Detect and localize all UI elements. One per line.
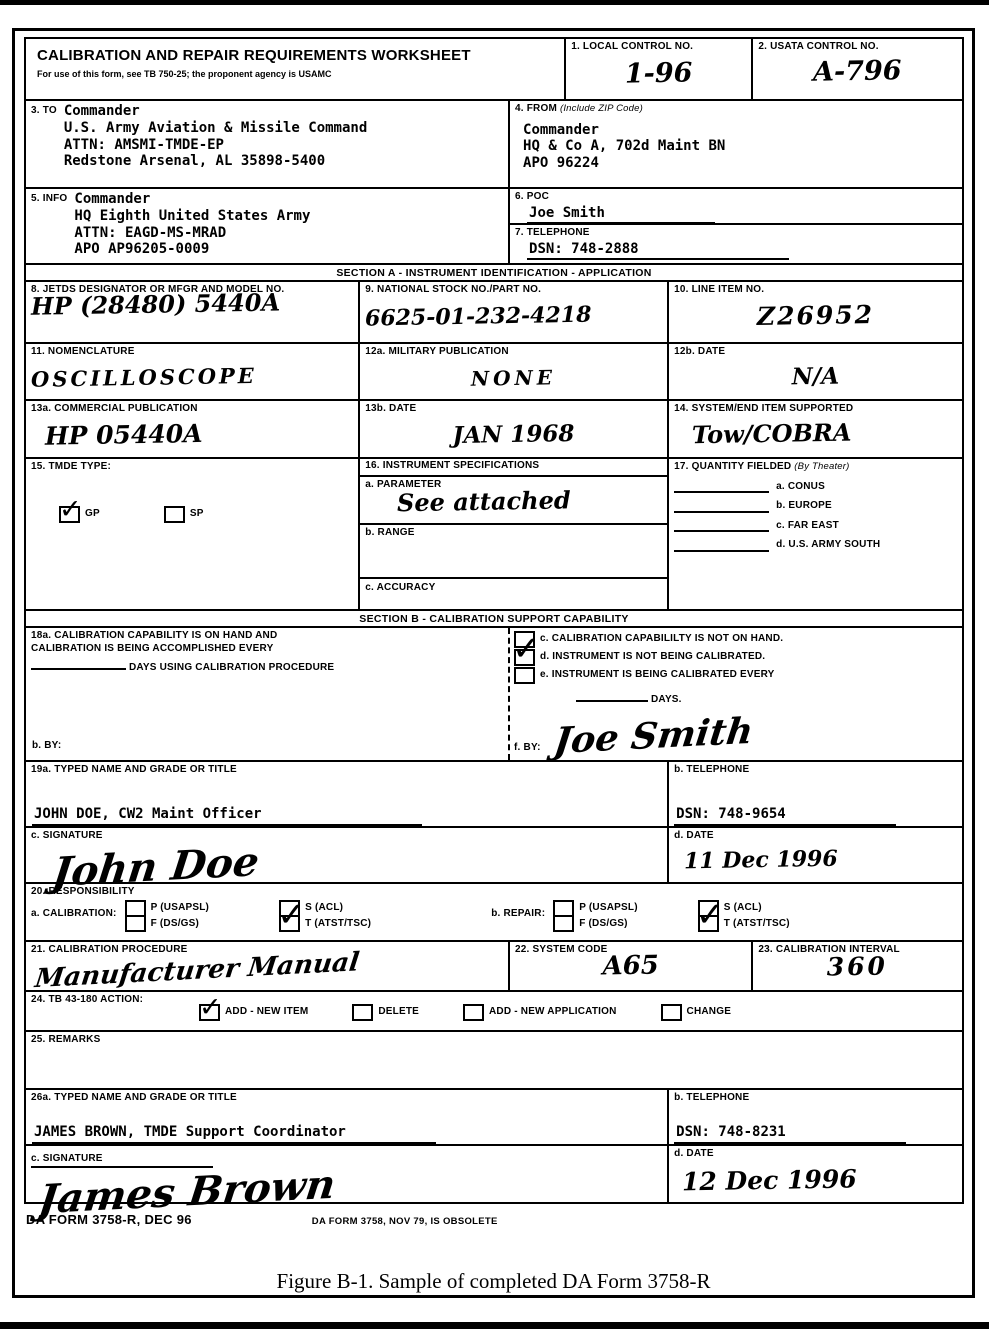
section-b-header: SECTION B - CALIBRATION SUPPORT CAPABILI… [26, 609, 962, 626]
block16c-label: c. ACCURACY [365, 582, 662, 595]
cal-t-label: T (ATST/TSC) [305, 918, 371, 931]
block26c-signature: c. SIGNATURE James Brown [26, 1146, 667, 1202]
add-new-application-checkbox [463, 1004, 484, 1021]
calibration-st-pair: S (ACL) T (ATST/TSC) [279, 900, 371, 932]
block18a-days-blank [31, 657, 126, 670]
quantity-conus-line: a. CONUS [674, 481, 957, 494]
block11-label: 11. NOMENCLATURE [31, 346, 353, 359]
block3-label: 3. TO [31, 105, 57, 118]
block14-system-supported: 14. SYSTEM/END ITEM SUPPORTED Tow/COBRA [667, 401, 962, 457]
block18d-checkbox [514, 649, 535, 666]
cal-p-label: P (USAPSL) [151, 902, 210, 915]
add-new-application-label: ADD - NEW APPLICATION [489, 1006, 617, 1019]
row-18: 18a. CALIBRATION CAPABILITY IS ON HAND A… [26, 626, 962, 760]
page-bottom-rule [0, 1322, 989, 1329]
row-26ab: 26a. TYPED NAME AND GRADE OR TITLE JAMES… [26, 1088, 962, 1144]
rep-s-label: S (ACL) [724, 902, 762, 915]
block6-7-stack: 6. POC Joe Smith 7. TELEPHONE DSN: 748-2… [508, 189, 962, 263]
da-form-3758r: CALIBRATION AND REPAIR REQUIREMENTS WORK… [24, 37, 964, 1204]
block1-local-control: 1. LOCAL CONTROL NO. 1-96 [564, 39, 751, 99]
block14-value: Tow/COBRA [692, 418, 957, 447]
obsolete-note: DA FORM 3758, NOV 79, IS OBSOLETE [312, 1216, 498, 1227]
delete-label: DELETE [378, 1006, 419, 1019]
block2-value: A-796 [758, 56, 957, 86]
block16-instrument-specs: 16. INSTRUMENT SPECIFICATIONS a. PARAMET… [358, 459, 667, 609]
block18a-line2: CALIBRATION IS BEING ACCOMPLISHED EVERY [31, 643, 503, 656]
block18f-by-label: f. BY: [514, 742, 541, 755]
block12b-value: N/A [674, 362, 957, 390]
block6-value: Joe Smith [527, 205, 715, 225]
block12a-label: 12a. MILITARY PUBLICATION [365, 346, 662, 359]
row-20: 20. RESPONSIBILITY a. CALIBRATION: P (US… [26, 882, 962, 940]
block19c-signature: c. SIGNATURE John Doe [26, 828, 667, 882]
block19a-typed-name: 19a. TYPED NAME AND GRADE OR TITLE JOHN … [26, 762, 667, 826]
row-13-14: 13a. COMMERCIAL PUBLICATION HP 05440A 13… [26, 399, 962, 457]
block26c-label: c. SIGNATURE [31, 1153, 213, 1168]
row-8-9-10: 8. JETDS DESIGNATOR OR MFGR AND MODEL NO… [26, 280, 962, 342]
europe-blank-line [674, 501, 769, 513]
cal-t-checkbox [279, 915, 300, 932]
block13a-value: HP 05440A [45, 418, 354, 448]
block4-label-note: (Include ZIP Code) [560, 103, 643, 114]
block18a-line3: DAYS USING CALIBRATION PROCEDURE [129, 662, 334, 673]
block8-value: HP (28480) 5440A [31, 289, 354, 319]
sp-checkbox-label: SP [190, 508, 204, 521]
block5-value: Commander HQ Eighth United States Army A… [74, 191, 310, 258]
repair-st-pair: S (ACL) T (ATST/TSC) [698, 900, 790, 932]
info-poc-row: 5. INFO Commander HQ Eighth United State… [26, 187, 962, 263]
block2-usata-control: 2. USATA CONTROL NO. A-796 [751, 39, 962, 99]
block26d-value: 12 Dec 1996 [682, 1164, 957, 1194]
rep-t-checkbox [698, 915, 719, 932]
to-from-row: 3. TO Commander U.S. Army Aviation & Mis… [26, 99, 962, 187]
block8-jetds: 8. JETDS DESIGNATOR OR MFGR AND MODEL NO… [26, 282, 358, 342]
cal-f-checkbox [125, 915, 146, 932]
block26d-label: d. DATE [674, 1148, 957, 1161]
block13b-date: 13b. DATE JAN 1968 [358, 401, 667, 457]
block10-line-item: 10. LINE ITEM NO. Z26952 [667, 282, 962, 342]
conus-label: a. CONUS [776, 481, 825, 494]
sp-checkbox [164, 506, 185, 523]
block19d-label: d. DATE [674, 830, 957, 843]
block20-responsibility: 20. RESPONSIBILITY a. CALIBRATION: P (US… [26, 884, 962, 940]
block25-label: 25. REMARKS [31, 1034, 957, 1047]
change-checkbox [661, 1004, 682, 1021]
block19b-telephone: b. TELEPHONE DSN: 748-9654 [667, 762, 962, 826]
europe-label: b. EUROPE [776, 500, 832, 513]
form-title-cell: CALIBRATION AND REPAIR REQUIREMENTS WORK… [26, 39, 564, 99]
block26b-label: b. TELEPHONE [674, 1092, 957, 1105]
repair-pf-pair: P (USAPSL) F (DS/GS) [553, 900, 638, 932]
block1-label: 1. LOCAL CONTROL NO. [571, 41, 746, 54]
block20b-repair-label: b. REPAIR: [491, 908, 545, 921]
page-top-rule [0, 0, 989, 5]
block14-label: 14. SYSTEM/END ITEM SUPPORTED [674, 403, 957, 416]
figure-caption: Figure B-1. Sample of completed DA Form … [15, 1269, 972, 1294]
block4-label: 4. FROM [515, 103, 557, 114]
block26a-value: JAMES BROWN, TMDE Support Coordinator [32, 1124, 436, 1144]
block19d-date: d. DATE 11 Dec 1996 [667, 828, 962, 882]
block10-value: Z26952 [674, 300, 957, 330]
block21-cal-procedure: 21. CALIBRATION PROCEDURE Manufacturer M… [26, 942, 508, 990]
gp-checkbox-label: GP [85, 508, 100, 521]
form-title: CALIBRATION AND REPAIR REQUIREMENTS WORK… [31, 41, 559, 66]
block26a-label: 26a. TYPED NAME AND GRADE OR TITLE [31, 1092, 662, 1105]
block13b-value: JAN 1968 [365, 420, 662, 448]
block23-cal-interval: 23. CALIBRATION INTERVAL 360 [751, 942, 962, 990]
block16b-range: b. RANGE [360, 525, 667, 579]
block18a-line1: 18a. CALIBRATION CAPABILITY IS ON HAND A… [31, 630, 503, 643]
block19a-label: 19a. TYPED NAME AND GRADE OR TITLE [31, 764, 662, 777]
block12b-label: 12b. DATE [674, 346, 957, 359]
delete-checkbox [352, 1004, 373, 1021]
block13a-comm-pub: 13a. COMMERCIAL PUBLICATION HP 05440A [26, 401, 358, 457]
figure-frame: CALIBRATION AND REPAIR REQUIREMENTS WORK… [12, 28, 975, 1298]
row-24: 24. TB 43-180 ACTION: ADD - NEW ITEM DEL… [26, 990, 962, 1030]
quantity-europe-line: b. EUROPE [674, 500, 957, 513]
block18e-days-label: DAYS. [651, 694, 682, 705]
block26a-typed-name: 26a. TYPED NAME AND GRADE OR TITLE JAMES… [26, 1090, 667, 1144]
block15-tmde-type: 15. TMDE TYPE: GP SP [26, 459, 358, 609]
block20a-calibration-label: a. CALIBRATION: [31, 908, 117, 921]
row-19cd: c. SIGNATURE John Doe d. DATE 11 Dec 199… [26, 826, 962, 882]
add-new-item-label: ADD - NEW ITEM [225, 1006, 308, 1019]
block5-label: 5. INFO [31, 193, 67, 206]
block18e-label: e. INSTRUMENT IS BEING CALIBRATED EVERY [540, 669, 775, 682]
block16c-accuracy: c. ACCURACY [360, 579, 667, 598]
fareast-label: c. FAR EAST [776, 520, 839, 533]
block18e-days-blank [576, 689, 648, 702]
rep-f-label: F (DS/GS) [579, 918, 627, 931]
block22-system-code: 22. SYSTEM CODE A65 [508, 942, 751, 990]
block9-value: 6625-01-232-4218 [365, 302, 662, 329]
block1-value: 1-96 [571, 58, 747, 88]
block25-remarks: 25. REMARKS [26, 1032, 962, 1088]
gp-checkbox [59, 506, 80, 523]
block7-telephone: 7. TELEPHONE DSN: 748-2888 [510, 225, 962, 262]
block9-nsn: 9. NATIONAL STOCK NO./PART NO. 6625-01-2… [358, 282, 667, 342]
block19b-label: b. TELEPHONE [674, 764, 957, 777]
fareast-blank-line [674, 520, 769, 532]
block26b-value: DSN: 748-8231 [674, 1124, 906, 1144]
cal-f-label: F (DS/GS) [151, 918, 199, 931]
block7-value: DSN: 748-2888 [527, 241, 789, 261]
block16-label: 16. INSTRUMENT SPECIFICATIONS [360, 459, 667, 477]
block18f-signature: Joe Smith [552, 713, 755, 759]
rep-p-label: P (USAPSL) [579, 902, 638, 915]
block18e-checkbox [514, 667, 535, 684]
block16b-label: b. RANGE [365, 527, 662, 540]
block7-label: 7. TELEPHONE [515, 227, 957, 240]
scanned-document-page: CALIBRATION AND REPAIR REQUIREMENTS WORK… [0, 0, 989, 1329]
block9-label: 9. NATIONAL STOCK NO./PART NO. [365, 284, 662, 297]
block6-label: 6. POC [515, 191, 957, 204]
block11-value: OSCILLOSCOPE [31, 363, 354, 390]
block12a-value: NONE [365, 365, 662, 390]
block4-from: 4. FROM (Include ZIP Code) Commander HQ … [508, 101, 962, 187]
block24-tb-action: 24. TB 43-180 ACTION: ADD - NEW ITEM DEL… [26, 992, 962, 1030]
block13b-label: 13b. DATE [365, 403, 662, 416]
block3-to: 3. TO Commander U.S. Army Aviation & Mis… [26, 101, 508, 187]
block5-info: 5. INFO Commander HQ Eighth United State… [26, 189, 508, 263]
block23-value: 360 [758, 952, 957, 980]
row-25: 25. REMARKS [26, 1030, 962, 1088]
header-row: CALIBRATION AND REPAIR REQUIREMENTS WORK… [26, 39, 962, 99]
section-a-header: SECTION A - INSTRUMENT IDENTIFICATION - … [26, 263, 962, 280]
south-blank-line [674, 540, 769, 552]
block17-label-note: (By Theater) [794, 461, 849, 472]
cal-s-label: S (ACL) [305, 902, 343, 915]
calibration-pf-pair: P (USAPSL) F (DS/GS) [125, 900, 210, 932]
block3-value: Commander U.S. Army Aviation & Missile C… [64, 103, 367, 170]
row-26cd: c. SIGNATURE James Brown d. DATE 12 Dec … [26, 1144, 962, 1202]
rep-f-checkbox [553, 915, 574, 932]
row-15-16-17: 15. TMDE TYPE: GP SP 16. INSTRUMENT SPEC [26, 457, 962, 609]
row-11-12: 11. NOMENCLATURE OSCILLOSCOPE 12a. MILIT… [26, 342, 962, 399]
change-label: CHANGE [687, 1006, 732, 1019]
block4-value: Commander HQ & Co A, 702d Maint BN APO 9… [523, 122, 957, 172]
block16a-parameter: a. PARAMETER See attached [360, 477, 667, 525]
conus-blank-line [674, 481, 769, 493]
block17-label: 17. QUANTITY FIELDED [674, 461, 791, 472]
block18f-by: f. BY: Joe Smith [514, 718, 752, 754]
rep-t-label: T (ATST/TSC) [724, 918, 790, 931]
block18d-label: d. INSTRUMENT IS NOT BEING CALIBRATED. [540, 651, 765, 664]
block16a-value: See attached [397, 487, 662, 516]
south-label: d. U.S. ARMY SOUTH [776, 539, 880, 552]
block18b-by-label: b. BY: [32, 740, 61, 753]
form-subtitle: For use of this form, see TB 750-25; the… [31, 66, 559, 79]
block15-label: 15. TMDE TYPE: [31, 461, 353, 474]
quantity-south-line: d. U.S. ARMY SOUTH [674, 539, 957, 552]
quantity-fareast-line: c. FAR EAST [674, 520, 957, 533]
block26d-date: d. DATE 12 Dec 1996 [667, 1146, 962, 1202]
block19d-value: 11 Dec 1996 [684, 845, 957, 872]
block19a-value: JOHN DOE, CW2 Maint Officer [32, 806, 422, 826]
block2-label: 2. USATA CONTROL NO. [758, 41, 957, 54]
block19b-value: DSN: 748-9654 [674, 806, 896, 826]
block11-nomenclature: 11. NOMENCLATURE OSCILLOSCOPE [26, 344, 358, 399]
block12a-mil-pub: 12a. MILITARY PUBLICATION NONE [358, 344, 667, 399]
block12b-date: 12b. DATE N/A [667, 344, 962, 399]
row-19ab: 19a. TYPED NAME AND GRADE OR TITLE JOHN … [26, 760, 962, 826]
block6-poc: 6. POC Joe Smith [510, 189, 962, 225]
block10-label: 10. LINE ITEM NO. [674, 284, 957, 297]
block18-right: c. CALIBRATION CAPABILILTY IS NOT ON HAN… [508, 628, 962, 760]
block18a-left: 18a. CALIBRATION CAPABILITY IS ON HAND A… [26, 628, 508, 760]
block17-quantity-fielded: 17. QUANTITY FIELDED (By Theater) a. CON… [667, 459, 962, 609]
block18c-label: c. CALIBRATION CAPABILILTY IS NOT ON HAN… [540, 633, 783, 646]
block13a-label: 13a. COMMERCIAL PUBLICATION [31, 403, 353, 416]
block22-value: A65 [515, 950, 747, 980]
block26b-telephone: b. TELEPHONE DSN: 748-8231 [667, 1090, 962, 1144]
add-new-item-checkbox [199, 1004, 220, 1021]
row-21-22-23: 21. CALIBRATION PROCEDURE Manufacturer M… [26, 940, 962, 990]
